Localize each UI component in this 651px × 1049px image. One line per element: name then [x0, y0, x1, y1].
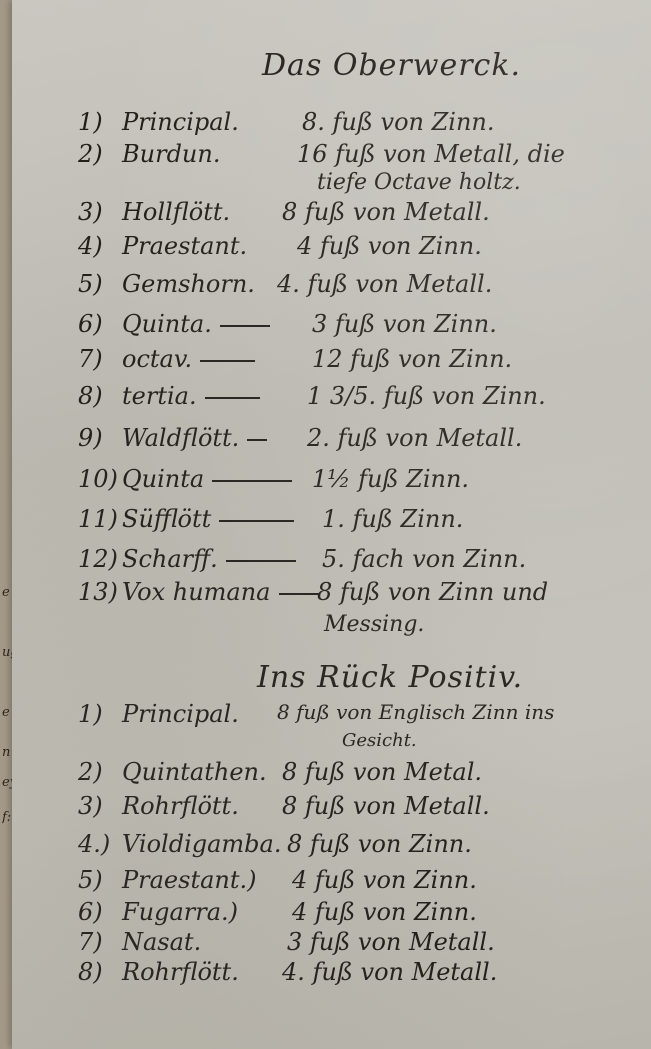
dash-separator [200, 360, 255, 362]
stop-spec-continuation: Gesicht. [342, 730, 417, 751]
stop-row: 13)Vox humana [78, 578, 327, 610]
stop-spec: 8 fuß von Zinn. [287, 830, 472, 858]
stop-number: 1) [78, 108, 122, 136]
stop-name: Burdun. [122, 140, 220, 168]
stop-row: 2)Burdun. [78, 140, 220, 172]
stop-number: 12) [78, 545, 122, 573]
dash-separator [205, 397, 260, 399]
dash-separator [279, 593, 319, 595]
dash-separator [226, 560, 296, 562]
stop-spec: 5. fach von Zinn. [322, 545, 526, 573]
section-heading-rueck-positiv: Ins Rück Positiv. [257, 660, 523, 695]
stop-spec: 8 fuß von Zinn und [317, 578, 548, 606]
stop-row: 3)Hollflött. [78, 198, 230, 230]
stop-spec-continuation: tiefe Octave holtz. [317, 170, 521, 195]
stop-name: Vox humana [122, 578, 271, 606]
dash-separator [212, 480, 292, 482]
stop-name: Violdigamba. [122, 830, 281, 858]
stop-number: 2) [78, 140, 122, 168]
stop-name: Scharff. [122, 545, 218, 573]
stop-name: Quinta [122, 465, 204, 493]
stop-spec: 3 fuß von Metall. [287, 928, 495, 956]
stop-number: 5) [78, 270, 122, 298]
stop-name: Nasat. [122, 928, 201, 956]
stop-name: tertia. [122, 382, 197, 410]
stop-row: 4.)Violdigamba. [78, 830, 281, 862]
stop-spec: 4 fuß von Zinn. [292, 898, 477, 926]
stop-name: Quintathen. [122, 758, 267, 786]
stop-name: octav. [122, 345, 192, 373]
stop-number: 3) [78, 198, 122, 226]
stop-number: 13) [78, 578, 122, 606]
stop-row: 5)Gemshorn. [78, 270, 255, 302]
stop-number: 7) [78, 928, 122, 956]
stop-spec: 2. fuß von Metall. [307, 424, 522, 452]
stop-name: Praestant. [122, 232, 247, 260]
stop-spec: 16 fuß von Metall, die [297, 140, 565, 168]
stop-spec: 1 3/5. fuß von Zinn. [307, 382, 546, 410]
stop-spec: 1. fuß Zinn. [322, 505, 463, 533]
stop-spec: 4 fuß von Zinn. [297, 232, 482, 260]
stop-number: 3) [78, 792, 122, 820]
section-heading-oberwerck: Das Oberwerck. [262, 48, 521, 83]
stop-number: 4.) [78, 830, 122, 858]
dash-separator [247, 439, 267, 441]
stop-row: 6)Fugarra.) [78, 898, 238, 930]
stop-name: Süfflött [122, 505, 211, 533]
stop-spec: 8 fuß von Metall. [282, 792, 490, 820]
stop-spec-continuation: Messing. [324, 612, 424, 637]
stop-spec: 4 fuß von Zinn. [292, 866, 477, 894]
stop-name: Waldflött. [122, 424, 239, 452]
stop-spec: 12 fuß von Zinn. [312, 345, 512, 373]
stop-name: Principal. [122, 108, 239, 136]
stop-spec: 4. fuß von Metall. [282, 958, 497, 986]
stop-number: 11) [78, 505, 122, 533]
stop-name: Quinta. [122, 310, 212, 338]
stop-name: Rohrflött. [122, 792, 239, 820]
stop-row: 1)Principal. [78, 108, 239, 140]
stop-row: 7)Nasat. [78, 928, 201, 960]
stop-spec: 3 fuß von Zinn. [312, 310, 497, 338]
stop-spec: 8 fuß von Englisch Zinn ins [277, 700, 554, 724]
dash-separator [220, 325, 270, 327]
stop-number: 1) [78, 700, 122, 728]
stop-row: 12)Scharff. [78, 545, 304, 577]
stop-name: Fugarra.) [122, 898, 238, 926]
stop-spec: 1½ fuß Zinn. [312, 465, 469, 493]
stop-row: 8)Rohrflött. [78, 958, 239, 990]
stop-row: 5)Praestant.) [78, 866, 257, 898]
stop-name: Praestant.) [122, 866, 257, 894]
dash-separator [219, 520, 294, 522]
stop-number: 6) [78, 898, 122, 926]
stop-row: 2)Quintathen. [78, 758, 267, 790]
stop-spec: 8. fuß von Zinn. [302, 108, 495, 136]
stop-number: 6) [78, 310, 122, 338]
stop-name: Principal. [122, 700, 239, 728]
stop-name: Rohrflött. [122, 958, 239, 986]
stop-name: Hollflött. [122, 198, 230, 226]
stop-number: 8) [78, 382, 122, 410]
stop-spec: 8 fuß von Metall. [282, 198, 490, 226]
stop-spec: 8 fuß von Metal. [282, 758, 482, 786]
stop-row: 10)Quinta [78, 465, 300, 497]
stop-row: 4)Praestant. [78, 232, 247, 264]
stop-number: 5) [78, 866, 122, 894]
stop-row: 6)Quinta. [78, 310, 278, 342]
manuscript-page: Das Oberwerck. 1)Principal. 8. fuß von Z… [12, 0, 651, 1049]
stop-row: 7)octav. [78, 345, 263, 377]
stop-number: 8) [78, 958, 122, 986]
stop-spec: 4. fuß von Metall. [277, 270, 492, 298]
stop-number: 10) [78, 465, 122, 493]
stop-number: 9) [78, 424, 122, 452]
stop-row: 9)Waldflött. [78, 424, 275, 456]
stop-row: 1)Principal. [78, 700, 239, 732]
stop-number: 7) [78, 345, 122, 373]
stop-name: Gemshorn. [122, 270, 255, 298]
stop-row: 3)Rohrflött. [78, 792, 239, 824]
stop-row: 11)Süfflött [78, 505, 302, 537]
stop-number: 2) [78, 758, 122, 786]
stop-row: 8)tertia. [78, 382, 268, 414]
stop-number: 4) [78, 232, 122, 260]
